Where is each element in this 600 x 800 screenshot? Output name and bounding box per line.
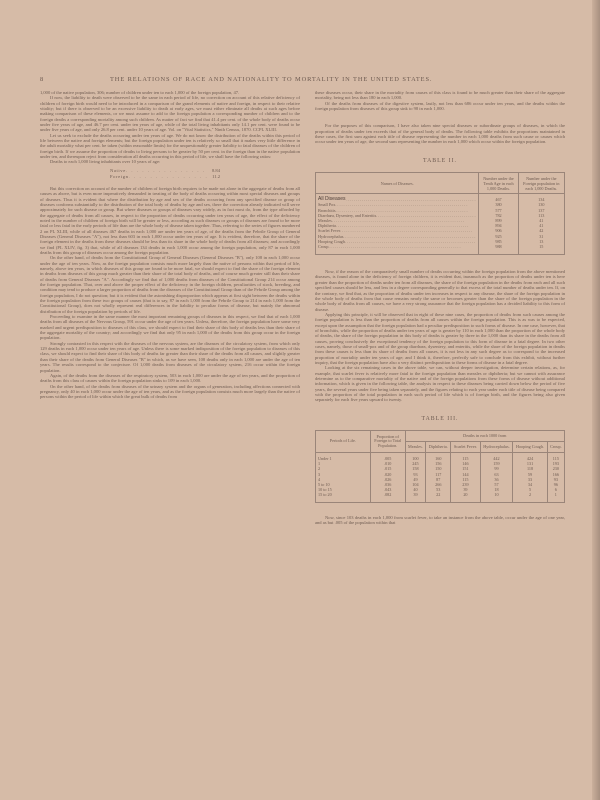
disease-name: Croup (318, 244, 328, 249)
paragraph: But this correction on account of the nu… (40, 186, 300, 255)
under-ten-value: 988 (479, 244, 518, 255)
croup-value: 1 (547, 492, 564, 502)
measles-value: 39 (405, 492, 426, 502)
table-3: Periods of Life. Proportion of Foreign t… (315, 430, 565, 503)
death-rate-row: Foreign . . . . . . . . . . . . . . . 11… (110, 174, 220, 180)
column-header: Number under the Foreign population in e… (518, 173, 564, 194)
death-rates-list: Native . . . . . . . . . . . . . . . 8.8… (110, 168, 300, 180)
running-title: THE RELATIONS OF RACE AND NATIONALITY TO… (110, 76, 432, 83)
column-header: Diphtheria. (426, 442, 451, 453)
table-row: 15 to 20 .082 39 22 20 10 2 1 (316, 492, 565, 502)
column-header: Croup. (547, 442, 564, 453)
table-2-title: TABLE II. (315, 159, 565, 164)
hydrocephalus-value: 442 (480, 453, 513, 462)
column-header: Hooping Cough. (513, 442, 547, 453)
page-edge (592, 0, 600, 800)
paragraph: Let us seek to exclude the deaths occurr… (40, 133, 300, 160)
hooping-cough-value: 424 (513, 453, 547, 462)
table-row: All Diseases............................… (316, 194, 565, 203)
proportion-value: .082 (370, 492, 405, 502)
paragraph: Again, of the deaths from the diseases o… (40, 373, 300, 384)
leader-dots: ........................................… (328, 244, 476, 249)
scarlet-fever-value: 115 (451, 453, 480, 462)
measles-value: 100 (405, 453, 426, 462)
rate-value: 11.2 (212, 174, 220, 180)
foreign-value: 134 (518, 194, 564, 203)
deaths-intro: Deaths to each 1,000 living inhabitants … (40, 159, 300, 164)
paragraph: Applying this principle, it will be obse… (315, 312, 565, 365)
paragraph: For the purposes of this comparison, I h… (315, 123, 565, 144)
scarlet-fever-value: 20 (451, 492, 480, 502)
table-2: Names of Diseases. Number under the Tent… (315, 172, 565, 255)
right-column: these diseases occur, their share in the… (315, 90, 565, 525)
paragraph: On the other hand, of the deaths from di… (40, 384, 300, 400)
column-header: Periods of Life. (316, 431, 371, 453)
paragraph: If now, the liability to death were obse… (40, 95, 300, 132)
table-3-title: TABLE III. (315, 417, 565, 422)
rate-label: Foreign (110, 174, 129, 180)
paragraph: Of the deaths from diseases of the diges… (315, 101, 565, 112)
leader-dots: . . . . . . . . . . . . . . . (129, 174, 213, 180)
paragraph: Now, since 103 deaths in each 1,000 from… (315, 515, 565, 526)
foreign-value: 15 (518, 244, 564, 255)
under-ten-value: 467 (479, 194, 518, 203)
column-header: Names of Diseases. (316, 173, 479, 194)
column-header: Number under the Tenth Age in each 1,000… (479, 173, 518, 194)
page-header: 8 THE RELATIONS OF RACE AND NATIONALITY … (40, 76, 560, 86)
proportion-value: .005 (370, 453, 405, 462)
paragraph: On the other hand, of deaths from the Co… (40, 255, 300, 314)
period-label: 15 to 20 (316, 492, 371, 502)
diphtheria-value: 160 (426, 453, 451, 462)
left-column: 1,000 of the native population, 306; num… (40, 90, 300, 400)
page-number: 8 (40, 76, 44, 83)
croup-value: 115 (547, 453, 564, 462)
column-header: Hydrocephalus. (480, 442, 513, 453)
period-label: Under 1 (316, 453, 371, 462)
hydrocephalus-value: 10 (480, 492, 513, 502)
paragraph: these diseases occur, their share in the… (315, 90, 565, 101)
paragraph: Looking at the six remaining cases in th… (315, 365, 565, 402)
column-header: Proportion of Foreign to Total Populatio… (370, 431, 405, 453)
column-header: Scarlet Fever. (451, 442, 480, 453)
group-header: Deaths in each 1000 from (405, 431, 564, 442)
paragraph: Proceeding to examine in the same manner… (40, 314, 300, 341)
hooping-cough-value: 2 (513, 492, 547, 502)
diphtheria-value: 22 (426, 492, 451, 502)
column-header: Measles. (405, 442, 426, 453)
paragraph: Now, if the reason of the comparatively … (315, 269, 565, 312)
paragraph: Strongly contrasted in this respect with… (40, 341, 300, 373)
table-row: Croup...................................… (316, 244, 565, 255)
table-row: Under 1 .005 100 160 115 442 424 115 (316, 453, 565, 462)
